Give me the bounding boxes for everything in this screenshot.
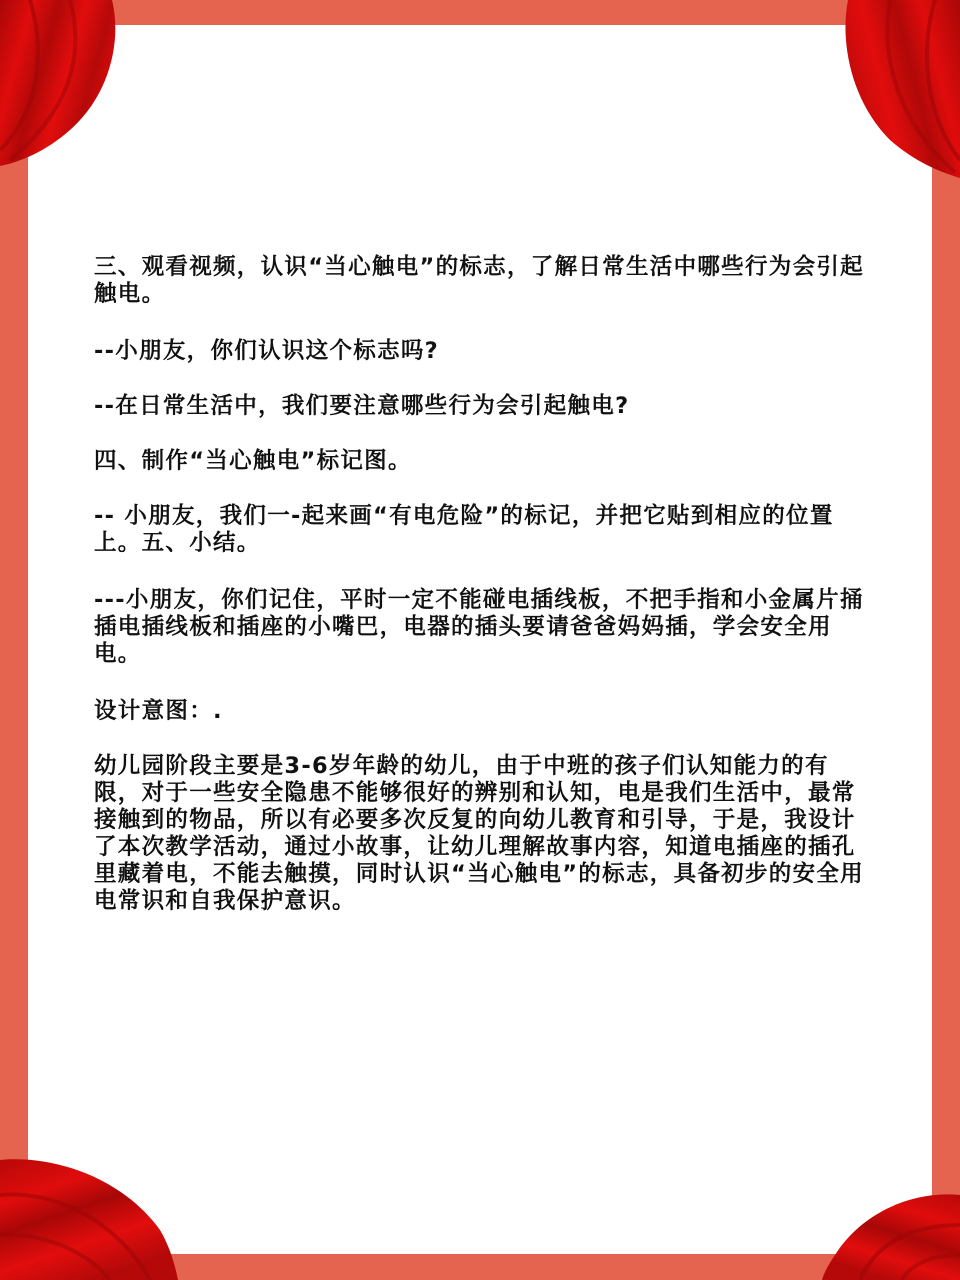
document-body: 三、观看视频，认识“当心触电”的标志，了解日常生活中哪些行为会引起触电。 --小…: [94, 254, 874, 945]
section-four-heading: 四、制作“当心触电”标记图。: [94, 448, 874, 475]
design-intent-heading: 设计意图：.: [94, 698, 874, 725]
bottom-right-curtain-icon: [810, 1145, 960, 1280]
summary-body: ---小朋友，你们记住，平时一定不能碰电插线板，不把手指和小金属片捅插电插线板和…: [94, 587, 874, 668]
design-intent-body: 幼儿园阶段主要是3-6岁年龄的幼儿，由于中班的孩子们认知能力的有限，对于一些安全…: [94, 753, 874, 915]
top-left-curtain-icon: [0, 0, 120, 170]
section-three-heading: 三、观看视频，认识“当心触电”的标志，了解日常生活中哪些行为会引起触电。: [94, 254, 874, 308]
bottom-left-curtain-icon: [0, 1155, 180, 1280]
question-daily-behaviors: --在日常生活中，我们要注意哪些行为会引起触电?: [94, 393, 874, 420]
top-right-curtain-icon: [840, 0, 960, 180]
question-recognize-sign: --小朋友，你们认识这个标志吗?: [94, 338, 874, 365]
section-four-body: -- 小朋友，我们一-起来画“有电危险”的标记，并把它贴到相应的位置上。五、小结…: [94, 503, 874, 557]
